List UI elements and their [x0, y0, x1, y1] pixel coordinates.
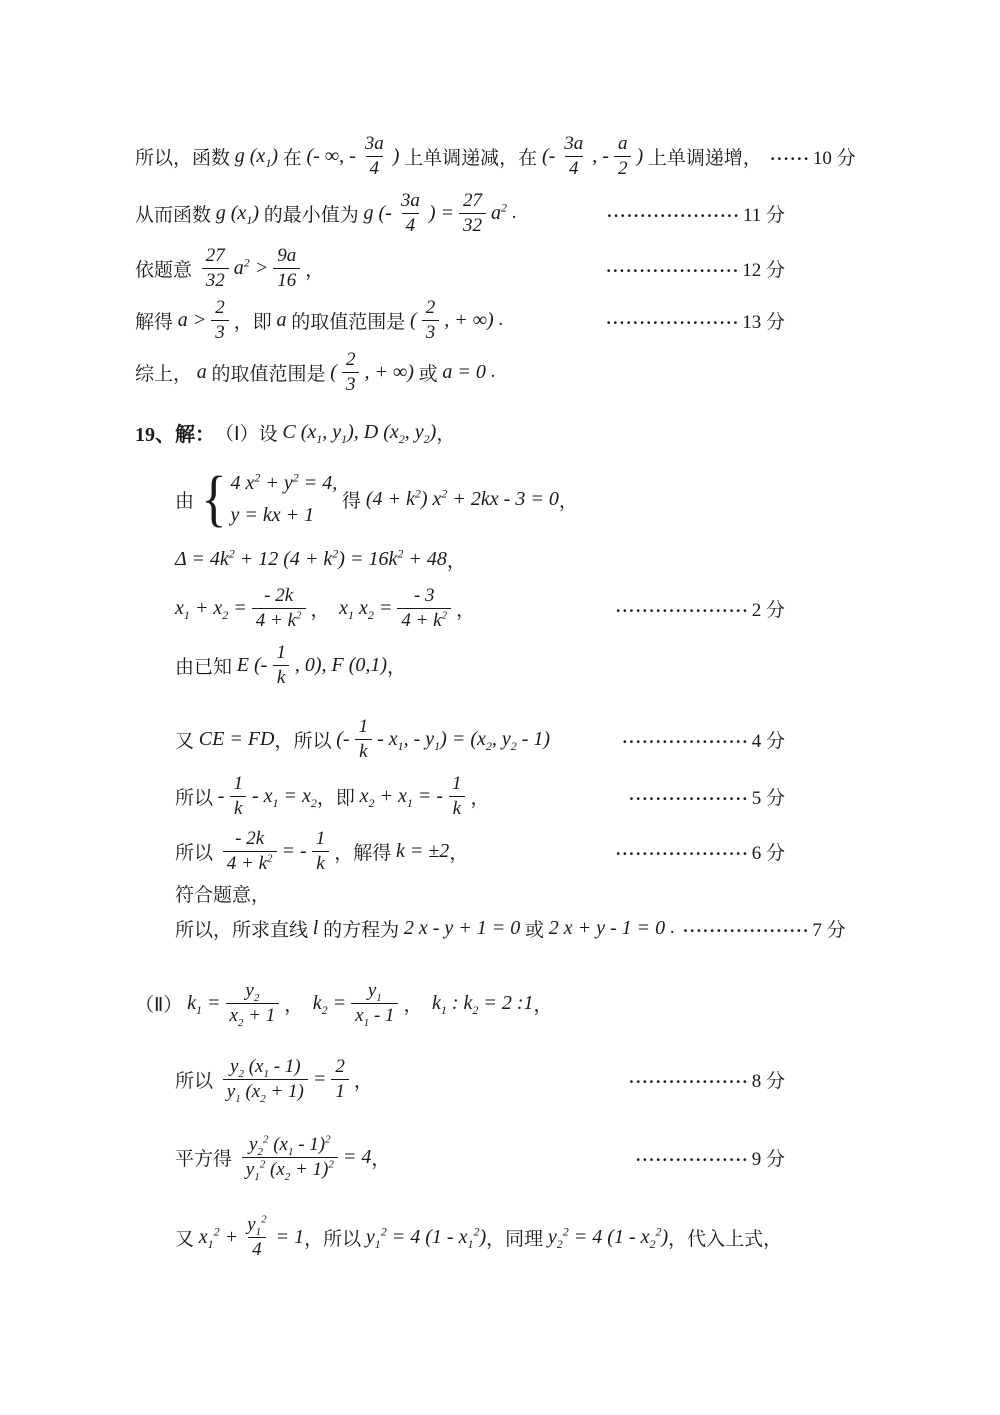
math-run: g (-: [364, 202, 392, 225]
fraction-denominator: y12 (x2 + 1)2: [242, 1157, 338, 1181]
math-run: ) =: [429, 202, 454, 225]
equation-system: {4 x2 + y2 = 4,y = kx + 1: [199, 468, 338, 530]
fraction: 3a4: [397, 190, 424, 237]
text-run: 解得: [135, 307, 178, 334]
math-run: = 1: [276, 1226, 305, 1249]
fraction-denominator: 4: [402, 213, 420, 237]
score-group: ······10 分: [762, 143, 856, 170]
math-run: (-: [336, 728, 349, 751]
fraction-denominator: 3: [422, 320, 440, 344]
dots-leader: ···················: [622, 732, 749, 752]
fraction-numerator: 3a: [397, 190, 424, 213]
dots-leader: ····················: [615, 601, 748, 621]
dots-leader: ······: [770, 149, 810, 169]
math-run: k = ±2: [396, 840, 449, 863]
formula-line-2: 从而函数 g (x1) 的最小值为 g (-3a4) =2732a2 .····…: [135, 184, 785, 242]
text-run: .: [486, 361, 496, 383]
fraction-numerator: 1: [448, 773, 466, 796]
text-run: 综上，: [135, 359, 197, 386]
text-run: ，所以: [304, 1224, 366, 1251]
dots-leader: ····················: [606, 313, 739, 333]
line-content: 所以 - 2k4 + k2= -1k，解得 k = ±2，: [175, 828, 468, 875]
fraction-denominator: 3: [342, 372, 360, 396]
fraction-numerator: 1: [355, 716, 373, 739]
fraction: 1k: [355, 716, 373, 763]
text-run: 上单调递增，: [643, 143, 762, 170]
brace-icon: {: [201, 468, 226, 530]
fraction: - 2k4 + k2: [223, 828, 277, 875]
text-run: （Ⅰ）设: [215, 419, 282, 446]
fraction-denominator: k: [449, 796, 465, 820]
math-run: a: [277, 309, 287, 332]
math-run: x2 + x1 = -: [360, 785, 443, 808]
formula-line-9: x1 + x2 =- 2k4 + k2， x1 x2 =- 34 + k2，··…: [175, 580, 785, 636]
text-run: ，: [284, 990, 313, 1017]
text-run: ，: [371, 1144, 390, 1171]
text-run: 所以: [175, 838, 218, 865]
text-run: 符合题意，: [175, 880, 270, 907]
score-marker: 13 分: [742, 307, 785, 334]
math-run: a = 0: [442, 361, 486, 384]
score-marker: 4 分: [752, 726, 785, 753]
line-content: 所以 y2 (x1 - 1)y1 (x2 + 1)=21，: [175, 1056, 373, 1103]
fraction: 1k: [448, 773, 466, 820]
math-run: k2 =: [313, 992, 346, 1015]
math-run: , + ∞): [364, 361, 413, 384]
fraction-numerator: y22 (x1 - 1)2: [245, 1134, 335, 1157]
math-run: (-: [542, 145, 555, 168]
text-run: 由已知: [175, 652, 237, 679]
line-content: x1 + x2 =- 2k4 + k2， x1 x2 =- 34 + k2，: [175, 585, 475, 632]
math-run: a2: [491, 202, 507, 225]
math-run: (: [410, 309, 417, 332]
text-run: ，: [559, 486, 578, 513]
document-body: 所以，函数 g (x1) 在 (- ∞, -3a4) 上单调递减，在 (-3a4…: [135, 128, 785, 1268]
fraction-denominator: 3: [211, 320, 229, 344]
formula-line-6: 19、解：（Ⅰ）设 C (x1, y1), D (x2, y2)，: [135, 410, 785, 454]
score-marker: 6 分: [752, 838, 785, 865]
fraction-denominator: k: [230, 796, 246, 820]
formula-line-14: 符合题意，: [175, 878, 785, 908]
text-run: 所以: [175, 783, 218, 810]
math-run: (: [330, 361, 337, 384]
text-run: 的方程为: [318, 915, 404, 942]
formula-line-16: （Ⅱ） k1 =y2x2 + 1， k2 =y1x1 - 1， k1 : k2 …: [135, 974, 785, 1032]
math-run: k1 =: [187, 992, 220, 1015]
score-group: ····················11 分: [599, 200, 785, 227]
text-run: ，即: [317, 783, 360, 810]
text-run: ，: [436, 419, 455, 446]
fraction-denominator: 4: [366, 156, 384, 180]
math-run: E (-: [237, 654, 268, 677]
math-run: -: [218, 785, 225, 808]
score-marker: 5 分: [752, 783, 785, 810]
text-run: 得: [337, 486, 366, 513]
dots-leader: ···················: [683, 921, 810, 941]
line-content: 综上， a 的取值范围是 (23, + ∞) 或 a = 0 .: [135, 349, 495, 396]
fraction-denominator: k: [312, 851, 328, 875]
text-run: ，: [305, 255, 324, 282]
line-content: 由 {4 x2 + y2 = 4,y = kx + 1 得 (4 + k2) x…: [175, 468, 578, 530]
fraction-denominator: 16: [273, 268, 300, 292]
text-run: ，: [311, 595, 340, 622]
formula-line-3: 依题意 2732a2 >9a16，····················12 …: [135, 242, 785, 294]
score-marker: 2 分: [752, 595, 785, 622]
math-run: , 0), F (0,1): [295, 654, 387, 677]
math-run: a: [197, 361, 207, 384]
math-run: x1 x2 =: [339, 597, 392, 620]
formula-line-8: Δ = 4k2 + 12 (4 + k2) = 16k2 + 48，: [175, 538, 785, 580]
math-run: , -: [592, 145, 609, 168]
score-marker: 12 分: [742, 255, 785, 282]
text-run: 所以，函数: [135, 143, 235, 170]
fraction-denominator: 4 + k2: [252, 608, 306, 632]
math-run: g (x1): [216, 202, 259, 225]
text-run: 所以: [175, 1066, 218, 1093]
fraction: 2732: [202, 245, 229, 292]
fraction-numerator: - 3: [410, 585, 439, 608]
math-run: ): [393, 145, 400, 168]
dots-leader: ·················: [635, 1150, 748, 1170]
math-run: (- ∞, -: [307, 145, 356, 168]
math-run: y22 = 4 (1 - x22): [548, 1226, 668, 1249]
line-content: 符合题意，: [175, 880, 270, 907]
text-run: ，代入上式，: [668, 1224, 782, 1251]
text-run: 由: [175, 486, 199, 513]
score-group: ····················6 分: [607, 838, 785, 865]
formula-line-13: 所以 - 2k4 + k2= -1k，解得 k = ±2，···········…: [175, 824, 785, 878]
fraction-numerator: y2: [241, 980, 263, 1003]
fraction-numerator: 27: [459, 190, 486, 213]
fraction: 21: [331, 1056, 349, 1103]
math-run: y12 = 4 (1 - x12): [366, 1226, 486, 1249]
text-run: 又: [175, 1224, 199, 1251]
line-content: 所以，所求直线 l 的方程为 2 x - y + 1 = 0 或 2 x + y…: [175, 915, 675, 942]
fraction: 3a4: [560, 133, 587, 180]
text-run: 或: [520, 915, 549, 942]
math-run: = -: [282, 840, 307, 863]
fraction-numerator: 2: [422, 297, 440, 320]
fraction: 1k: [229, 773, 247, 820]
fraction-numerator: 3a: [560, 133, 587, 156]
fraction: 23: [422, 297, 440, 344]
text-run: ，: [403, 990, 432, 1017]
document-page: 所以，函数 g (x1) 在 (- ∞, -3a4) 上单调递减，在 (-3a4…: [0, 0, 1000, 1415]
fraction-numerator: y1: [364, 980, 386, 1003]
dots-leader: ····················: [607, 206, 740, 226]
text-run: 平方得: [175, 1144, 237, 1171]
math-run: Δ = 4k2 + 12 (4 + k2) = 16k2 + 48: [175, 548, 447, 571]
line-content: 从而函数 g (x1) 的最小值为 g (-3a4) =2732a2 .: [135, 190, 516, 237]
fraction-numerator: a: [614, 133, 632, 156]
fraction-denominator: 4 + k2: [223, 851, 277, 875]
score-group: ··················5 分: [621, 783, 785, 810]
fraction: - 34 + k2: [397, 585, 451, 632]
formula-line-7: 由 {4 x2 + y2 = 4,y = kx + 1 得 (4 + k2) x…: [175, 460, 785, 538]
equation-row: y = kx + 1: [231, 504, 315, 527]
text-run: ，即: [234, 307, 277, 334]
line-content: （Ⅱ） k1 =y2x2 + 1， k2 =y1x1 - 1， k1 : k2 …: [135, 980, 553, 1027]
text-run: ，同理: [486, 1224, 548, 1251]
fraction: 2732: [459, 190, 486, 237]
score-marker: 10 分: [813, 143, 856, 170]
fraction-denominator: 4: [248, 1237, 266, 1261]
text-run: 又: [175, 726, 199, 753]
text-run: ，: [471, 783, 490, 810]
math-run: x12 +: [199, 1226, 238, 1249]
fraction: - 2k4 + k2: [252, 585, 306, 632]
formula-line-12: 所以 -1k- x1 = x2，即 x2 + x1 = -1k，········…: [175, 768, 785, 824]
line-content: 平方得 y22 (x1 - 1)2y12 (x2 + 1)2= 4，: [175, 1134, 390, 1181]
text-run: 的取值范围是: [287, 307, 411, 334]
fraction-numerator: 1: [272, 642, 290, 665]
fraction-denominator: 4 + k2: [397, 608, 451, 632]
fraction-numerator: 1: [229, 773, 247, 796]
text-run: （Ⅱ）: [135, 990, 187, 1017]
fraction: y2x2 + 1: [226, 980, 280, 1027]
fraction: 3a4: [361, 133, 388, 180]
math-run: 2 x + y - 1 = 0: [549, 917, 665, 940]
line-content: 依题意 2732a2 >9a16，: [135, 245, 324, 292]
equation-row: 4 x2 + y2 = 4,: [231, 472, 338, 495]
fraction: y22 (x1 - 1)2y12 (x2 + 1)2: [242, 1134, 338, 1181]
text-run: 或: [414, 359, 443, 386]
math-run: , + ∞): [444, 309, 493, 332]
formula-line-11: 又 CE = FD，所以 (-1k- x1, - y1) = (x2, y2 -…: [175, 710, 785, 768]
math-run: g (x1): [235, 145, 278, 168]
fraction: y124: [243, 1214, 270, 1261]
score-group: ····················13 分: [598, 307, 785, 334]
text-run: 的取值范围是: [207, 359, 331, 386]
fraction-numerator: 2: [342, 349, 360, 372]
text-run: 依题意: [135, 255, 197, 282]
fraction-numerator: 2: [331, 1056, 349, 1079]
dots-leader: ··················: [629, 1072, 749, 1092]
math-run: (4 + k2) x2 + 2kx - 3 = 0: [366, 488, 559, 511]
score-group: ····················2 分: [607, 595, 785, 622]
math-run: k1 : k2 = 2 :1: [432, 992, 534, 1015]
fraction: a2: [614, 133, 632, 180]
text-run: 所以，所求直线: [175, 915, 313, 942]
fraction-numerator: 1: [312, 828, 330, 851]
fraction-denominator: x1 - 1: [351, 1003, 398, 1027]
formula-line-19: 又 x12 +y124= 1，所以 y12 = 4 (1 - x12)，同理 y…: [175, 1206, 785, 1268]
dots-leader: ····················: [606, 261, 739, 281]
formula-line-4: 解得 a >23，即 a 的取值范围是 (23, + ∞) .·········…: [135, 294, 785, 346]
fraction-denominator: k: [273, 665, 289, 689]
formula-line-15: 所以，所求直线 l 的方程为 2 x - y + 1 = 0 或 2 x + y…: [175, 908, 785, 948]
text-run: ，: [354, 1066, 373, 1093]
line-content: 又 x12 +y124= 1，所以 y12 = 4 (1 - x12)，同理 y…: [175, 1214, 782, 1261]
fraction-numerator: 2: [211, 297, 229, 320]
math-run: =: [313, 1068, 327, 1091]
fraction-numerator: - 2k: [231, 828, 268, 851]
equation-system-rows: 4 x2 + y2 = 4,y = kx + 1: [231, 472, 338, 527]
fraction-numerator: 27: [202, 245, 229, 268]
formula-line-17: 所以 y2 (x1 - 1)y1 (x2 + 1)=21，···········…: [175, 1048, 785, 1110]
fraction-denominator: y1 (x2 + 1): [223, 1079, 308, 1103]
line-content: 所以，函数 g (x1) 在 (- ∞, -3a4) 上单调递减，在 (-3a4…: [135, 133, 762, 180]
text-run: ，: [456, 595, 475, 622]
math-run: ): [636, 145, 643, 168]
text-run: 从而函数: [135, 200, 216, 227]
line-content: 由已知 E (-1k, 0), F (0,1)，: [175, 642, 406, 689]
fraction: 23: [211, 297, 229, 344]
fraction: y2 (x1 - 1)y1 (x2 + 1): [223, 1056, 308, 1103]
line-content: 19、解：（Ⅰ）设 C (x1, y1), D (x2, y2)，: [135, 418, 455, 447]
math-run: - x1, - y1) = (x2, y2 - 1): [377, 728, 550, 751]
text-run: ，: [449, 838, 468, 865]
formula-line-5: 综上， a 的取值范围是 (23, + ∞) 或 a = 0 .: [135, 346, 785, 398]
score-group: ····················12 分: [598, 255, 785, 282]
formula-line-1: 所以，函数 g (x1) 在 (- ∞, -3a4) 上单调递减，在 (-3a4…: [135, 128, 785, 184]
text-run: .: [494, 309, 504, 331]
fraction-numerator: - 2k: [260, 585, 297, 608]
bold-text-run: 19、解：: [135, 418, 215, 447]
dots-leader: ····················: [615, 844, 748, 864]
text-run: .: [507, 202, 517, 224]
fraction-numerator: y2 (x1 - 1): [226, 1056, 305, 1079]
formula-line-10: 由已知 E (-1k, 0), F (0,1)，: [175, 636, 785, 694]
score-group: ···················7 分: [675, 915, 846, 942]
score-marker: 7 分: [812, 915, 845, 942]
text-run: .: [665, 917, 675, 939]
text-run: ，所以: [274, 726, 336, 753]
fraction: 23: [342, 349, 360, 396]
line-content: 解得 a >23，即 a 的取值范围是 (23, + ∞) .: [135, 297, 503, 344]
score-group: ·················9 分: [627, 1144, 785, 1171]
fraction: y1x1 - 1: [351, 980, 398, 1027]
math-run: CE = FD: [199, 728, 275, 751]
math-run: = 4: [343, 1146, 372, 1169]
math-run: a >: [178, 309, 207, 332]
math-run: a2 >: [234, 257, 269, 280]
fraction-denominator: 32: [459, 213, 486, 237]
text-run: 的最小值为: [259, 200, 364, 227]
text-run: ，: [534, 990, 553, 1017]
fraction: 1k: [272, 642, 290, 689]
text-run: ，: [387, 652, 406, 679]
formula-line-18: 平方得 y22 (x1 - 1)2y12 (x2 + 1)2= 4，······…: [175, 1124, 785, 1190]
fraction-numerator: y12: [243, 1214, 270, 1237]
fraction-numerator: 3a: [361, 133, 388, 156]
fraction-denominator: 32: [202, 268, 229, 292]
fraction-numerator: 9a: [273, 245, 300, 268]
text-run: 上单调递减，在: [399, 143, 542, 170]
fraction: 9a16: [273, 245, 300, 292]
fraction: 1k: [312, 828, 330, 875]
text-run: 在: [278, 143, 307, 170]
fraction-denominator: 1: [331, 1079, 349, 1103]
fraction-denominator: 2: [614, 156, 632, 180]
fraction-denominator: k: [355, 739, 371, 763]
score-marker: 9 分: [752, 1144, 785, 1171]
score-marker: 8 分: [752, 1066, 785, 1093]
fraction-denominator: x2 + 1: [226, 1003, 280, 1027]
line-content: Δ = 4k2 + 12 (4 + k2) = 16k2 + 48，: [175, 546, 466, 573]
math-run: - x1 = x2: [252, 785, 317, 808]
text-run: ，: [447, 546, 466, 573]
score-group: ··················8 分: [621, 1066, 785, 1093]
text-run: ，解得: [334, 838, 396, 865]
line-content: 所以 -1k- x1 = x2，即 x2 + x1 = -1k，: [175, 773, 490, 820]
math-run: 2 x - y + 1 = 0: [404, 917, 520, 940]
dots-leader: ··················: [629, 789, 749, 809]
score-group: ···················4 分: [614, 726, 785, 753]
score-marker: 11 分: [743, 200, 785, 227]
line-content: 又 CE = FD，所以 (-1k- x1, - y1) = (x2, y2 -…: [175, 716, 550, 763]
math-run: C (x1, y1), D (x2, y2): [282, 421, 436, 444]
fraction-denominator: 4: [565, 156, 583, 180]
math-run: x1 + x2 =: [175, 597, 247, 620]
